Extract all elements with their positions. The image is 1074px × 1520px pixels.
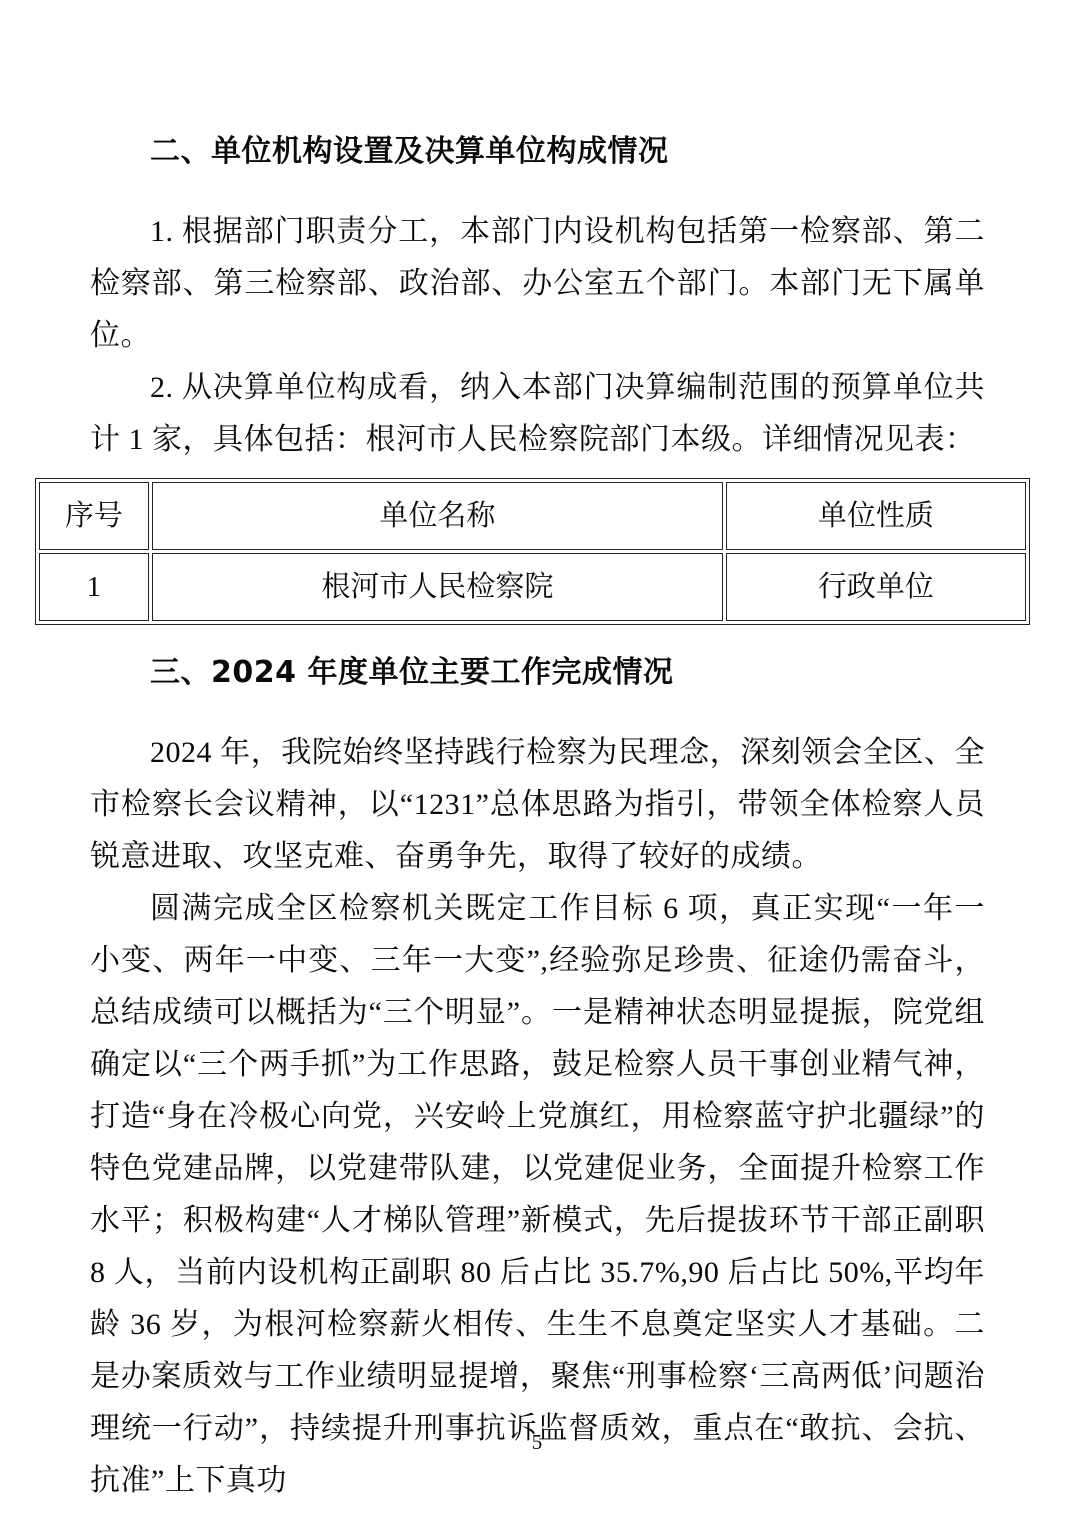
table-header-unit-type: 单位性质 [726,482,1026,550]
unit-table: 序号 单位名称 单位性质 1 根河市人民检察院 行政单位 [35,478,1030,625]
document-page: 二、单位机构设置及决算单位构成情况 1. 根据部门职责分工，本部门内设机构包括第… [0,0,1074,1520]
table-header-row: 序号 单位名称 单位性质 [39,482,1026,550]
table-row: 1 根河市人民检察院 行政单位 [39,553,1026,621]
table-cell-unit-name: 根河市人民检察院 [152,553,723,621]
paragraph-budget-units: 2. 从决算单位构成看，纳入本部门决算编制范围的预算单位共计 1 家，具体包括：… [90,362,985,466]
section-heading-org-structure: 二、单位机构设置及决算单位构成情况 [90,126,985,178]
table-header-index: 序号 [39,482,149,550]
paragraph-work-overview: 2024 年，我院始终坚持践行检察为民理念，深刻领会全区、全市检察长会议精神，以… [90,727,985,883]
section-heading-work-completion: 三、2024 年度单位主要工作完成情况 [90,647,985,699]
paragraph-org-departments: 1. 根据部门职责分工，本部门内设机构包括第一检察部、第二检察部、第三检察部、政… [90,206,985,362]
table-cell-index: 1 [39,553,149,621]
page-number: 5 [0,1430,1074,1454]
table-cell-unit-type: 行政单位 [726,553,1026,621]
paragraph-work-achievements: 圆满完成全区检察机关既定工作目标 6 项，真正实现“一年一小变、两年一中变、三年… [90,883,985,1507]
table-header-unit-name: 单位名称 [152,482,723,550]
